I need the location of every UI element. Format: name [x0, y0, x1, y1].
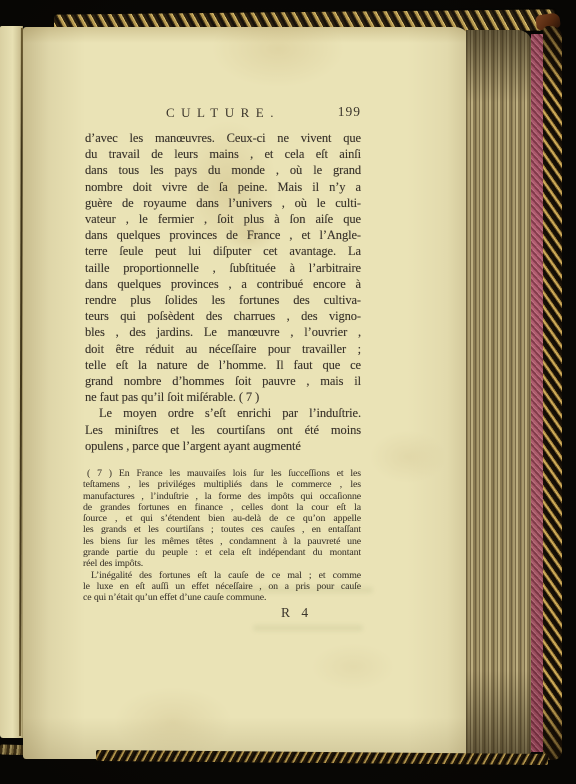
- photo-background: CULTURE. 199 d’avec les manœuvres. Ceux-…: [0, 0, 576, 784]
- body-line: ne faut pas qu’il ſoit miſérable. ( 7 ): [85, 389, 361, 405]
- footnote-line: ( 7 ) En France les mauvaiſes lois ſur l…: [83, 468, 361, 479]
- footnote-line: ce qui n’était qu’un effet d’une cauſe c…: [83, 592, 361, 603]
- body-line: taille proportionnelle , ſubſtituée à l’…: [85, 260, 361, 276]
- fore-edge-pages: [466, 30, 532, 758]
- running-header: CULTURE. 199: [85, 105, 361, 123]
- page-number: 199: [338, 104, 361, 120]
- footnote: ( 7 ) En France les mauvaiſes lois ſur l…: [83, 468, 361, 604]
- header-title: CULTURE.: [85, 105, 361, 121]
- footnote-line: grande partie du peuple : et cela eſt in…: [83, 547, 361, 558]
- edge-gilt-band: [543, 26, 562, 760]
- body-line: dans tous les pays du monde , où le gran…: [85, 162, 361, 178]
- footnote-line: réel des impôts.: [83, 558, 361, 569]
- body-line: guère de royaume dans l’univers , où le …: [85, 195, 361, 211]
- body-line: dans quelques provinces , a contribué en…: [85, 276, 361, 292]
- footnote-line: de grandes fortunes en finance , celles …: [83, 502, 361, 513]
- signature-mark: R 4: [281, 605, 309, 621]
- body-line: terre ſeule peut lui diſputer cet avanta…: [85, 243, 361, 259]
- footnote-line: ſource , et qui s’étendent bien au-delà …: [83, 513, 361, 524]
- body-line: doit être réduit au néceſſaire pour trav…: [85, 341, 361, 357]
- body-line: Les miniſtres et les courtiſans ont été …: [85, 422, 361, 438]
- footnote-line: les biens ſur les mêmes têtes , condamne…: [83, 536, 361, 547]
- body-line: opulens , parce que l’argent ayant augme…: [85, 438, 361, 454]
- body-text: d’avec les manœuvres. Ceux-ci ne vivent …: [85, 130, 361, 454]
- body-line: du travail de leurs mains , et cela eſt …: [85, 146, 361, 162]
- body-line: bles , des jardins. Le manœuvre , l’ouvr…: [85, 324, 361, 340]
- body-line: nombre doit vivre de ſa peine. Mais il n…: [85, 179, 361, 195]
- body-line: teurs qui poſsèdent des charrues , des v…: [85, 308, 361, 324]
- footnote-line: les grands et les courtiſans ; toutes ce…: [83, 524, 361, 535]
- body-line: dans quelques provinces de France , et l…: [85, 227, 361, 243]
- body-line: d’avec les manœuvres. Ceux-ci ne vivent …: [85, 130, 361, 146]
- body-line: Le moyen ordre s’eſt enrichi par l’induſ…: [85, 405, 361, 421]
- footnote-line: manufactures , l’induſtrie , la forme de…: [83, 491, 361, 502]
- body-line: grand nombre d’hommes ſoit pauvre , mais…: [85, 373, 361, 389]
- show-through-ghost: [253, 625, 363, 631]
- body-line: vateur , le fermier , ſoit plus à ſon ai…: [85, 211, 361, 227]
- body-line: rendre plus ſolides les fortunes des cul…: [85, 292, 361, 308]
- book-page: CULTURE. 199 d’avec les manœuvres. Ceux-…: [23, 27, 471, 759]
- footnote-line: teſtamens , les priviléges multipliés da…: [83, 479, 361, 490]
- body-line: telle eſt la nature de l’homme. Il faut …: [85, 357, 361, 373]
- show-through-ghost: [223, 587, 373, 593]
- footnote-line: L’inégalité des fortunes eſt la cauſe de…: [83, 570, 361, 581]
